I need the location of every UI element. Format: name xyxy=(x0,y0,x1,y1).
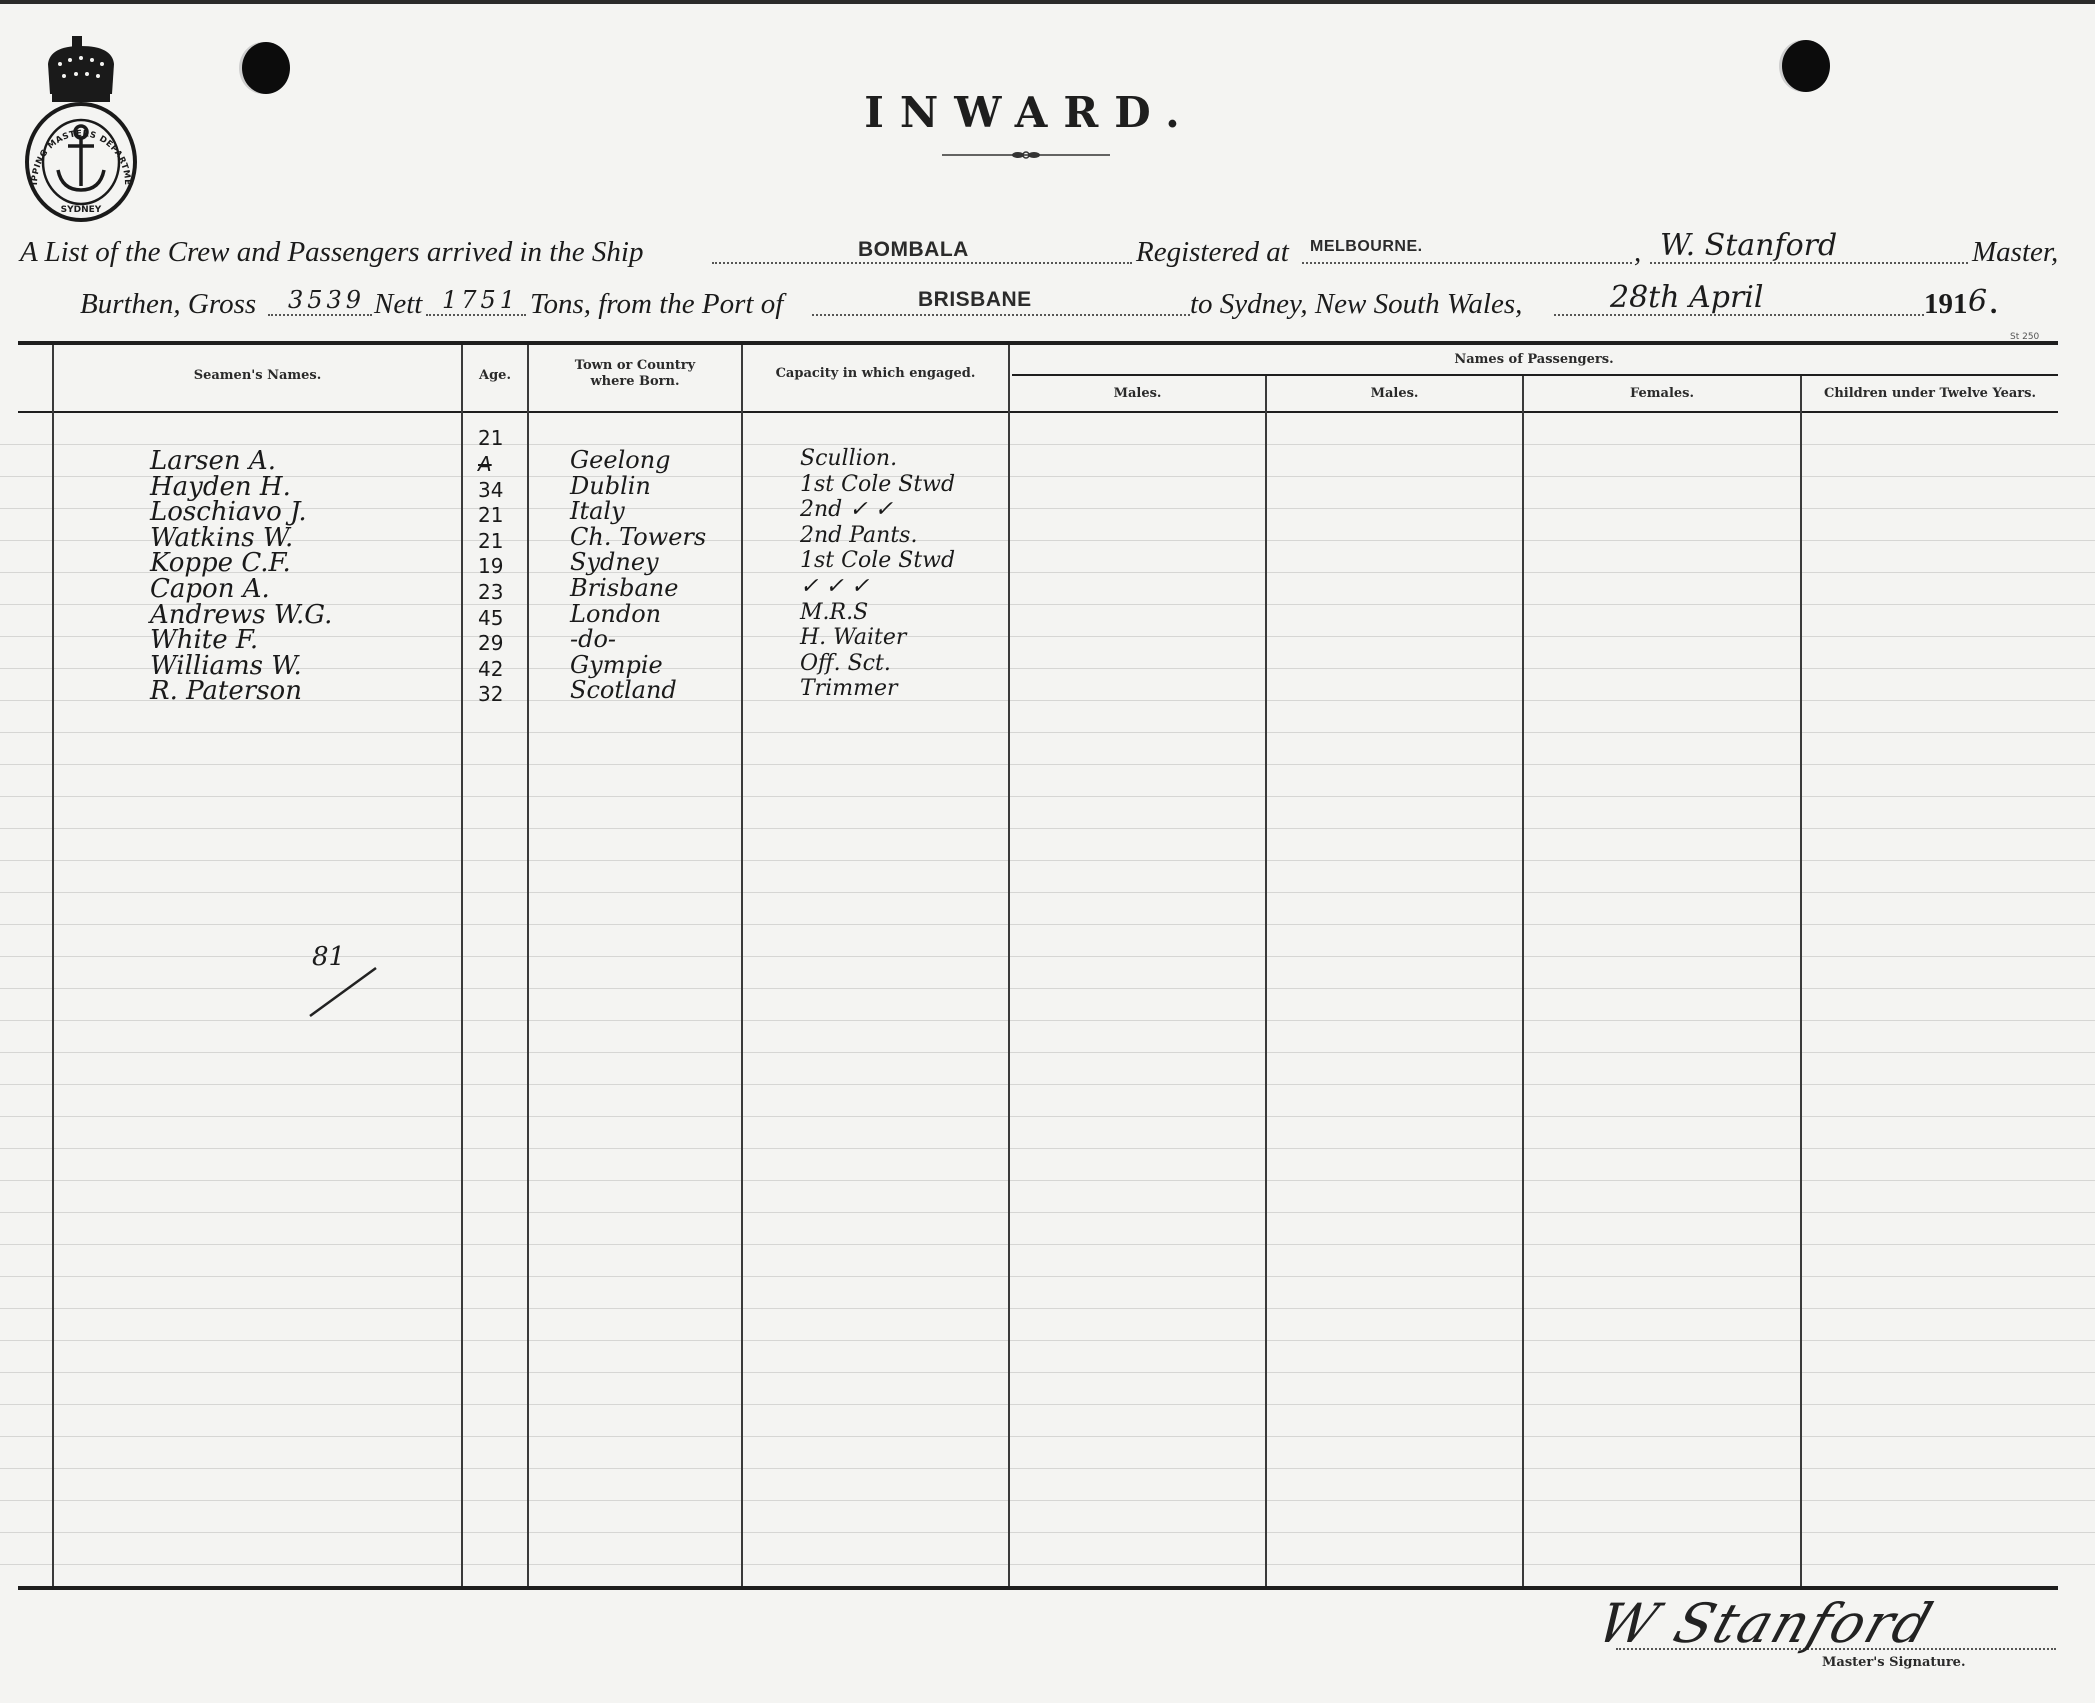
ruled-line xyxy=(0,1564,2095,1565)
born-cell[interactable]: Dublin xyxy=(570,472,651,500)
header-females: Females. xyxy=(1524,386,1800,402)
born-cell[interactable]: Geelong xyxy=(570,446,671,474)
form-title: INWARD. xyxy=(820,88,1240,137)
punch-hole-left xyxy=(242,42,290,94)
ruled-line xyxy=(0,700,2095,701)
ruled-line xyxy=(0,860,2095,861)
to-sydney-label: to Sydney, New South Wales, xyxy=(1190,288,1522,321)
header-males-1: Males. xyxy=(1010,386,1265,402)
page-top-edge xyxy=(0,0,2095,4)
ruled-line xyxy=(0,828,2095,829)
ruled-line xyxy=(0,476,2095,477)
column-divider xyxy=(1800,376,1802,1586)
capacity-cell[interactable]: M.R.S xyxy=(800,600,868,625)
master-label: Master, xyxy=(1972,236,2058,269)
ruled-line xyxy=(0,1212,2095,1213)
ship-name-field-line xyxy=(712,262,1132,264)
year-period: . xyxy=(1990,288,1997,321)
capacity-cell[interactable]: Trimmer xyxy=(800,676,898,701)
age-struck-cell[interactable]: A xyxy=(478,452,492,476)
age-cell[interactable]: 19 xyxy=(478,554,503,578)
column-divider xyxy=(527,345,529,1586)
master-name-field[interactable]: W. Stanford xyxy=(1660,228,1837,263)
registered-at-field[interactable]: MELBOURNE. xyxy=(1310,238,1423,256)
registered-at-label: Registered at xyxy=(1136,236,1289,269)
column-divider xyxy=(1522,376,1524,1586)
ship-name-field[interactable]: BOMBALA xyxy=(858,238,969,262)
age-cell[interactable]: 21 xyxy=(478,529,503,553)
ruled-line xyxy=(0,764,2095,765)
registered-at-field-line xyxy=(1302,262,1632,264)
capacity-cell[interactable]: H. Waiter xyxy=(800,625,906,650)
annotation-tick-mark-icon xyxy=(306,962,386,1022)
passengers-group-rule xyxy=(1012,374,2058,376)
header-names-of-passengers: Names of Passengers. xyxy=(1010,352,2058,368)
born-cell[interactable]: Ch. Towers xyxy=(570,523,706,551)
ruled-line xyxy=(0,924,2095,925)
master-signature-label: Master's Signature. xyxy=(1822,1655,1965,1670)
ruled-line xyxy=(0,1244,2095,1245)
capacity-cell[interactable]: Off. Sct. xyxy=(800,651,891,676)
age-cell[interactable]: 21 xyxy=(478,503,503,527)
ruled-line xyxy=(0,572,2095,573)
header-males-2: Males. xyxy=(1267,386,1522,402)
born-cell[interactable]: Sydney xyxy=(570,548,659,576)
header-children: Children under Twelve Years. xyxy=(1802,386,2058,402)
ruled-line xyxy=(0,1116,2095,1117)
comma: , xyxy=(1634,236,1641,269)
header-capacity: Capacity in which engaged. xyxy=(743,366,1008,382)
born-cell[interactable]: Scotland xyxy=(570,676,677,704)
table-top-rule xyxy=(18,341,2058,345)
header-age: Age. xyxy=(463,368,527,384)
age-cell[interactable]: 32 xyxy=(478,682,503,706)
age-cell[interactable]: 29 xyxy=(478,631,503,655)
arrival-date-field[interactable]: 28th April xyxy=(1610,280,1764,315)
born-cell[interactable]: Gympie xyxy=(570,651,663,679)
ruled-line xyxy=(0,1468,2095,1469)
year-handwritten-digit[interactable]: 6 xyxy=(1968,284,1987,319)
ruled-line xyxy=(0,1084,2095,1085)
ruled-line xyxy=(0,444,2095,445)
ruled-line xyxy=(0,1436,2095,1437)
gross-field-line xyxy=(268,314,372,316)
port-field-line xyxy=(812,314,1190,316)
age-cell[interactable]: 23 xyxy=(478,580,503,604)
ruled-line xyxy=(0,1404,2095,1405)
column-divider xyxy=(1265,376,1267,1586)
seaman-name-cell[interactable]: R. Paterson xyxy=(150,676,302,706)
ruled-line xyxy=(0,732,2095,733)
born-cell[interactable]: -do- xyxy=(570,625,616,653)
column-divider xyxy=(52,345,54,1586)
ruled-line xyxy=(0,1372,2095,1373)
nett-field-line xyxy=(426,314,526,316)
capacity-cell[interactable]: 1st Cole Stwd xyxy=(800,548,955,573)
capacity-cell[interactable]: ✓ ✓ ✓ xyxy=(800,574,869,599)
born-cell[interactable]: London xyxy=(570,600,661,628)
ruled-line xyxy=(0,1308,2095,1309)
year-printed: 191 xyxy=(1924,288,1968,321)
ruled-line xyxy=(0,1340,2095,1341)
port-from-field[interactable]: BRISBANE xyxy=(918,288,1032,312)
table-header-bottom-rule xyxy=(18,411,2058,413)
header-born: Town or Country where Born. xyxy=(529,358,741,390)
header-born-line1: Town or Country xyxy=(529,358,741,374)
ruled-line xyxy=(0,1180,2095,1181)
column-divider xyxy=(461,345,463,1586)
age-cell[interactable]: 45 xyxy=(478,606,503,630)
crew-list-prefix: A List of the Crew and Passengers arrive… xyxy=(20,236,644,269)
ruled-line xyxy=(0,1052,2095,1053)
ruled-line xyxy=(0,668,2095,669)
table-bottom-rule xyxy=(18,1586,2058,1590)
header-born-line2: where Born. xyxy=(529,374,741,390)
shipping-masters-seal-icon: SHIPPING MASTERS DEPARTMENT SYDNEY xyxy=(20,34,142,224)
burthen-gross-label: Burthen, Gross xyxy=(80,288,256,321)
svg-text:SYDNEY: SYDNEY xyxy=(61,205,102,215)
master-signature[interactable]: W Stanford xyxy=(1590,1592,1942,1655)
header-seamens-names: Seamen's Names. xyxy=(54,368,461,384)
capacity-cell[interactable]: 2nd ✓ ✓ xyxy=(800,497,893,522)
ruled-line xyxy=(0,508,2095,509)
age-cell[interactable]: 34 xyxy=(478,478,503,502)
age-cell[interactable]: 21 xyxy=(478,426,503,450)
ruled-line xyxy=(0,540,2095,541)
ruled-line xyxy=(0,636,2095,637)
ruled-line xyxy=(0,1500,2095,1501)
ruled-line xyxy=(0,1276,2095,1277)
capacity-cell[interactable]: Scullion. xyxy=(800,446,897,471)
title-flourish-icon xyxy=(942,150,1110,160)
tons-from-port-label: Tons, from the Port of xyxy=(530,288,783,321)
nett-tonnage-field[interactable]: 1751 xyxy=(442,286,519,314)
born-cell[interactable]: Italy xyxy=(570,497,625,525)
age-cell[interactable]: 42 xyxy=(478,657,503,681)
capacity-cell[interactable]: 1st Cole Stwd xyxy=(800,472,955,497)
ruled-line xyxy=(0,1148,2095,1149)
punch-hole-right xyxy=(1782,40,1830,92)
capacity-cell[interactable]: 2nd Pants. xyxy=(800,523,917,548)
ruled-line xyxy=(0,892,2095,893)
ruled-line xyxy=(0,1532,2095,1533)
column-divider xyxy=(741,345,743,1586)
ruled-line xyxy=(0,796,2095,797)
column-divider xyxy=(1008,345,1010,1586)
born-cell[interactable]: Brisbane xyxy=(570,574,678,602)
nett-label: Nett xyxy=(374,288,422,321)
gross-tonnage-field[interactable]: 3539 xyxy=(288,286,365,314)
